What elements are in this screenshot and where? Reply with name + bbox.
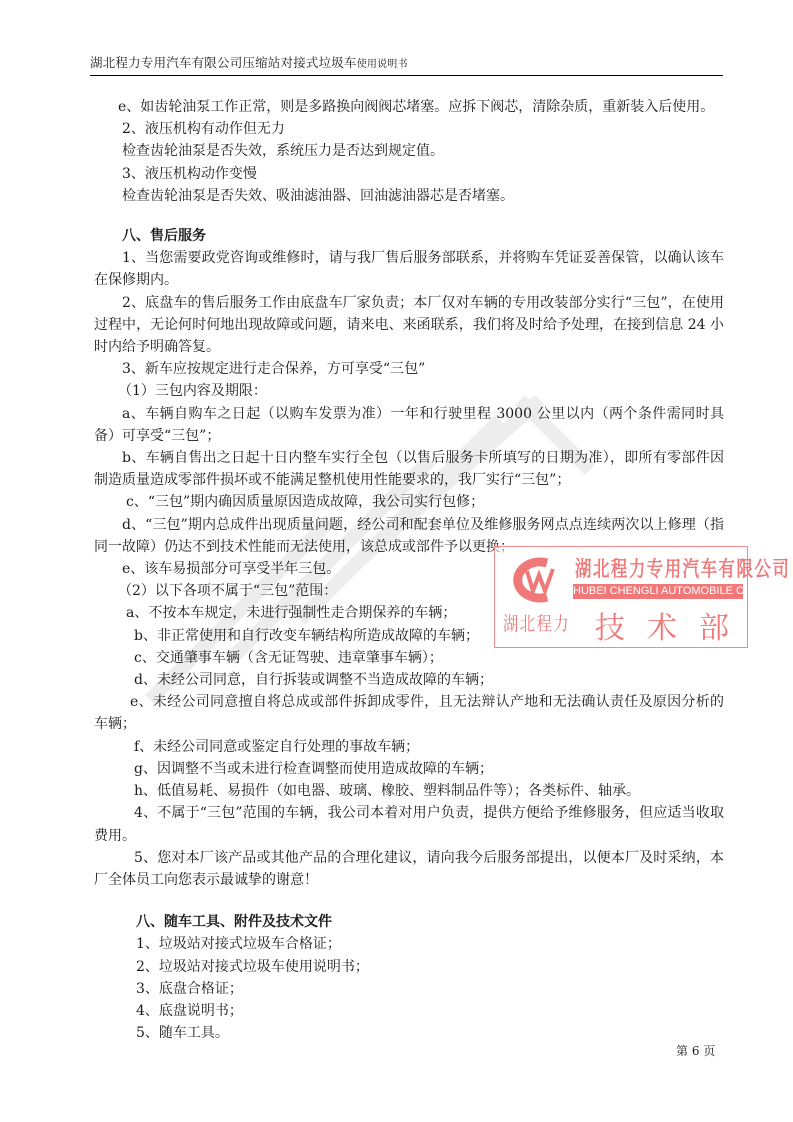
- stamp-department: 技术部: [595, 603, 751, 647]
- after-sales-p5: 5、您对本厂该产品或其他产品的合理化建议，请向我今后服务部提出，以便本厂及时采纳…: [94, 847, 724, 891]
- after-sales-p1: 1、当您需要政党咨询或维修时，请与我厂售后服务部联系，并将购车凭证妥善保管，以确…: [94, 247, 724, 291]
- warranty-item-c: c、“三包”期内确因质量原因造成故障，我公司实行包修；: [94, 491, 724, 513]
- company-department-stamp: 湖北程力专用汽车有限公司 HUBEI CHENGLI AUTOMOBILE CO…: [494, 546, 748, 648]
- exclusion-item-d: d、未经公司同意，自行拆装或调整不当造成故障的车辆；: [94, 669, 724, 691]
- troubleshoot-2-body: 检查齿轮油泵是否失效，系统压力是否达到规定值。: [94, 140, 724, 162]
- after-sales-p4: 4、不属于“三包”范围的车辆，我公司本着对用户负责，提供方便给予维修服务，但应适…: [94, 802, 724, 846]
- page-number: 第 6 页: [676, 1042, 715, 1059]
- troubleshoot-e: e、如齿轮油泵工作正常，则是多路换向阀阀芯堵塞。应拆下阀芯，清除杂质，重新装入后…: [90, 96, 724, 118]
- exclusion-item-e: e、未经公司同意擅自将总成或部件拆卸成零件，且无法辩认产地和无法确认责任及原因分…: [94, 691, 724, 735]
- section-heading-after-sales: 八、售后服务: [94, 225, 724, 247]
- document-header: 湖北程力专用汽车有限公司压缩站对接式垃圾车使用说明书: [90, 53, 723, 76]
- header-title: 湖北程力专用汽车有限公司压缩站对接式垃圾车: [90, 55, 357, 70]
- troubleshoot-3-title: 3、液压机构动作变慢: [94, 163, 724, 185]
- clw-logo-icon: [507, 557, 571, 603]
- stamp-company-cn: 湖北程力专用汽车有限公司: [575, 553, 790, 583]
- stamp-company-en: HUBEI CHENGLI AUTOMOBILE CO., LTD: [573, 584, 743, 599]
- exclusion-item-g: g、因调整不当或未进行检查调整而使用造成故障的车辆；: [94, 758, 724, 780]
- accessory-item-2: 2、垃圾站对接式垃圾车使用说明书；: [94, 956, 724, 978]
- warranty-scope-title: （1）三包内容及期限：: [94, 380, 724, 402]
- after-sales-p2: 2、底盘车的售后服务工作由底盘车厂家负责；本厂仅对车辆的专用改装部分实行“三包”…: [94, 292, 724, 359]
- accessory-item-4: 4、底盘说明书；: [94, 1000, 724, 1022]
- accessory-item-5: 5、随车工具。: [94, 1022, 724, 1044]
- exclusion-item-c: c、交通肇事车辆（含无证驾驶、违章肇事车辆）；: [94, 647, 724, 669]
- header-title-suffix: 使用说明书: [357, 59, 408, 70]
- troubleshoot-2-title: 2、液压机构有动作但无力: [94, 118, 724, 140]
- warranty-item-b: b、车辆自售出之日起十日内整车实行全包（以售后服务卡所填写的日期为准），即所有零…: [94, 447, 724, 491]
- stamp-brand-short: 湖北程力: [503, 609, 570, 636]
- exclusion-item-h: h、低值易耗、易损件（如电器、玻璃、橡胶、塑料制品件等）；各类标件、轴承。: [94, 780, 724, 802]
- accessory-item-1: 1、垃圾站对接式垃圾车合格证；: [94, 933, 724, 955]
- exclusion-item-f: f、未经公司同意或鉴定自行处理的事故车辆；: [94, 736, 724, 758]
- section-heading-accessories: 八、随车工具、附件及技术文件: [94, 911, 724, 933]
- warranty-item-a: a、车辆自购车之日起（以购车发票为准）一年和行驶里程 3000 公里以内（两个条…: [94, 403, 724, 447]
- accessory-item-3: 3、底盘合格证；: [94, 978, 724, 1000]
- troubleshoot-3-body: 检查齿轮油泵是否失效、吸油滤油器、回油滤油器芯是否堵塞。: [94, 185, 724, 207]
- after-sales-p3: 3、新车应按规定进行走合保养，方可享受“三包”: [94, 358, 724, 380]
